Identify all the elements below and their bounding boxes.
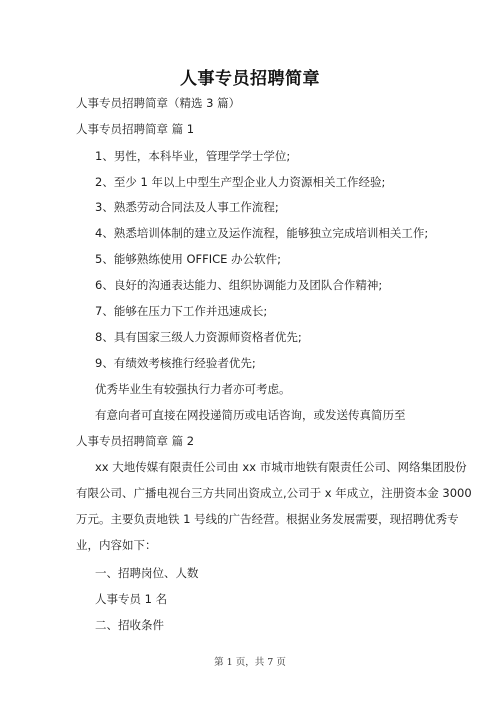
document-title: 人事专员招聘简章 <box>0 64 500 89</box>
page-footer: 第 1 页，共 7 页 <box>0 654 500 668</box>
section1-heading: 人事专员招聘简章 篇 1 <box>76 122 194 136</box>
section2-subheading: 二、招收条件 <box>95 618 164 632</box>
document-subtitle: 人事专员招聘简章（精选 3 篇） <box>76 96 240 110</box>
section1-note: 优秀毕业生有较强执行力者亦可考虑。 <box>95 382 291 396</box>
section2-paragraph-line: xx 大地传媒有限责任公司由 xx 市城市地铁有限责任公司、网络集团股份 <box>95 460 467 474</box>
section2-position: 人事专员 1 名 <box>95 592 167 606</box>
section1-contact-note: 有意向者可直接在网投递简历或电话咨询，或发送传真简历至 <box>95 408 406 422</box>
requirement-item: 5、能够熟练使用 OFFICE 办公软件; <box>95 252 281 266</box>
section2-paragraph-line: 业，内容如下： <box>76 538 157 552</box>
section2-heading: 人事专员招聘简章 篇 2 <box>76 434 194 448</box>
section2-paragraph-line: 有限公司、广播电视台三方共同出资成立,公司于 x 年成立，注册资本金 3000 <box>76 486 472 500</box>
section2-paragraph-line: 万元。主要负责地铁 1 号线的广告经营。根据业务发展需要，现招聘优秀专 <box>76 512 459 526</box>
requirement-item: 7、能够在压力下工作并迅速成长; <box>95 304 267 318</box>
requirement-item: 2、至少 1 年以上中型生产型企业人力资源相关工作经验; <box>95 175 385 189</box>
section2-subheading: 一、招聘岗位、人数 <box>95 566 199 580</box>
requirement-item: 9、有绩效考核推行经验者优先; <box>95 356 256 370</box>
document-page: 人事专员招聘简章 人事专员招聘简章（精选 3 篇） 人事专员招聘简章 篇 1 1… <box>0 0 500 707</box>
requirement-item: 6、良好的沟通表达能力、组织协调能力及团队合作精神; <box>95 278 382 292</box>
requirement-item: 8、具有国家三级人力资源师资格者优先; <box>95 330 302 344</box>
requirement-item: 1、男性，本科毕业，管理学学士学位; <box>95 149 290 163</box>
requirement-item: 3、熟悉劳动合同法及人事工作流程; <box>95 200 279 214</box>
requirement-item: 4、熟悉培训体制的建立及运作流程，能够独立完成培训相关工作; <box>95 226 428 240</box>
